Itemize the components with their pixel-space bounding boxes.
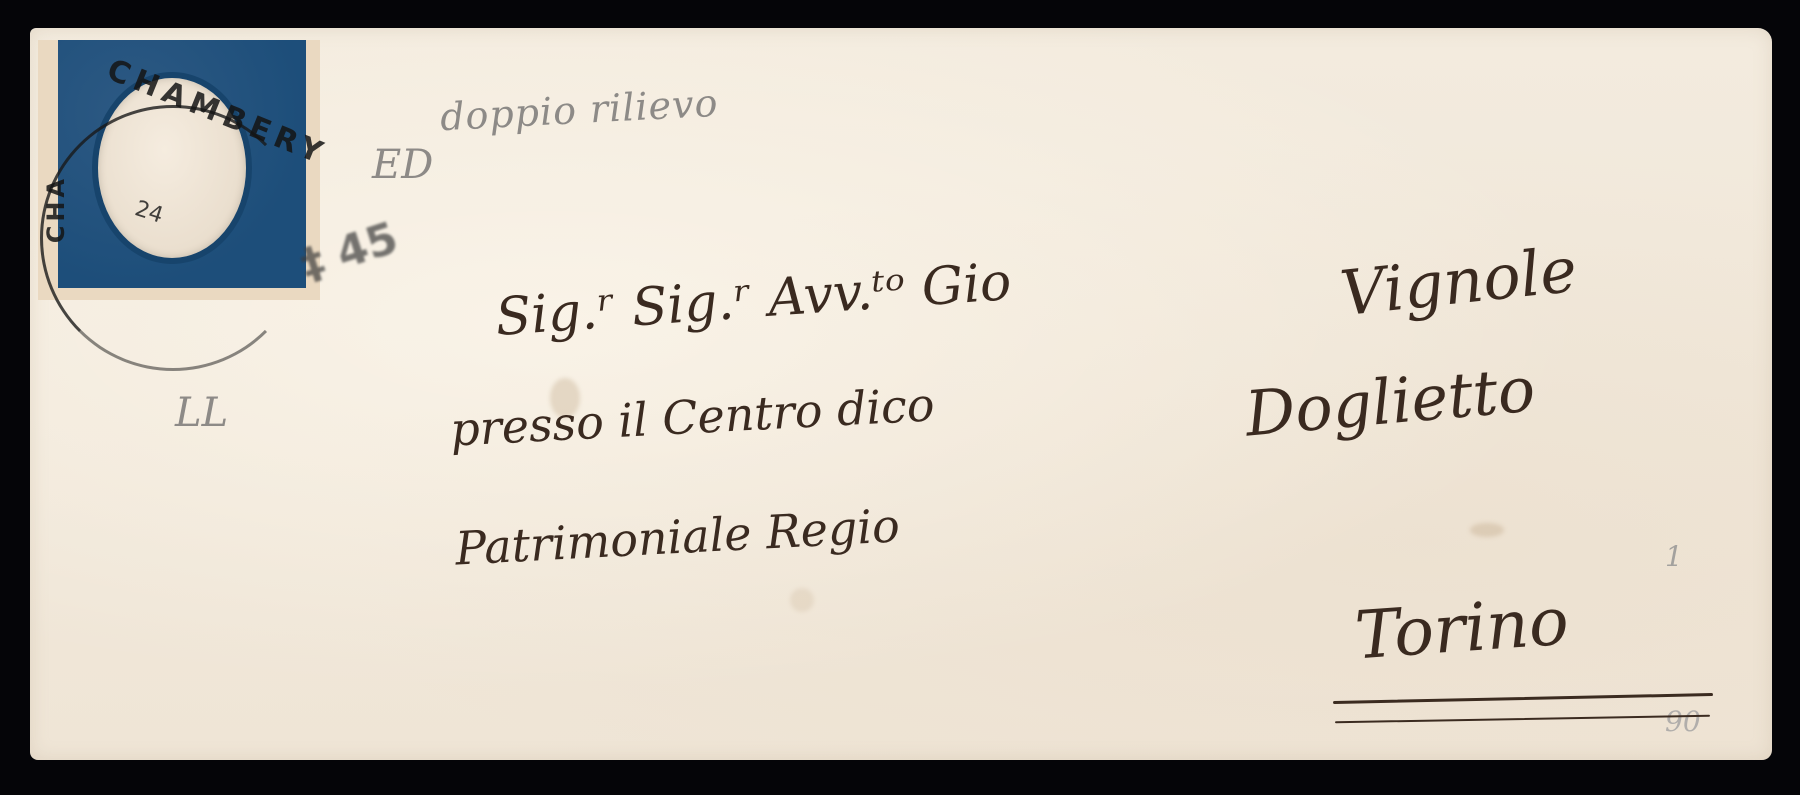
pencil-mark: LL <box>175 390 228 436</box>
pencil-number: 90 <box>1665 705 1701 738</box>
postmark-fragment: CHA <box>42 175 70 243</box>
pencil-initials: ED <box>372 142 433 188</box>
pencil-edge-mark: 1 <box>1665 540 1683 573</box>
foxing-stain <box>790 588 814 612</box>
address-city: Torino <box>1353 583 1571 675</box>
foxing-stain <box>1470 523 1504 537</box>
